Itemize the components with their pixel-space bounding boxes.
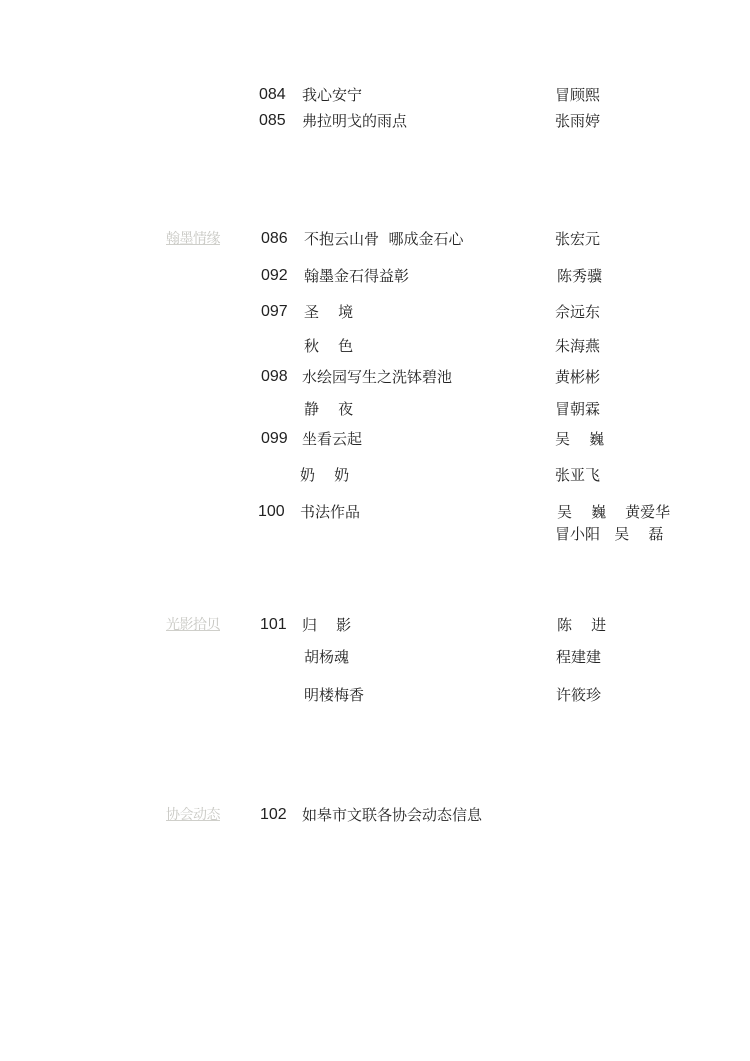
entry-author: 张亚飞 [555,464,600,486]
entry-author: 吴 巍 黄爱华 [557,501,670,523]
entry-number: 092 [261,265,293,287]
entry-number: 097 [261,301,293,323]
toc-entry: 098 水绘园写生之洗钵碧池 黄彬彬 [0,366,750,388]
entry-author: 张雨婷 [555,110,600,132]
entry-author: 许筱珍 [556,684,601,706]
entry-author: 冒朝霖 [555,398,600,420]
entry-title[interactable]: 静 夜 [304,398,353,420]
toc-entry: 084 我心安宁 冒顾熙 [0,84,750,106]
entry-title[interactable]: 弗拉明戈的雨点 [302,110,407,132]
entry-title[interactable]: 圣 境 [304,301,353,323]
toc-entry: 胡杨魂 程建建 [0,646,750,668]
toc-entry: 100 书法作品 吴 巍 黄爱华 [0,501,750,523]
entry-title[interactable]: 秋 色 [304,335,353,357]
toc-entry: 奶 奶 张亚飞 [0,464,750,486]
toc-entry: 097 圣 境 佘远东 [0,301,750,323]
entry-author-line2: 冒小阳 吴 磊 [555,523,663,545]
entry-author: 黄彬彬 [555,366,600,388]
entry-author: 程建建 [556,646,601,668]
entry-title[interactable]: 如皋市文联各协会动态信息 [302,804,482,826]
entry-title[interactable]: 我心安宁 [302,84,362,106]
toc-entry: 099 坐看云起 吴 巍 [0,428,750,450]
entry-number: 085 [259,110,291,132]
entry-number: 100 [258,501,290,523]
entry-author: 陈 进 [557,614,606,636]
entry-author: 佘远东 [555,301,600,323]
entry-author: 张宏元 [555,228,600,250]
entry-author: 冒顾熙 [555,84,600,106]
entry-number: 084 [259,84,291,106]
toc-entry: 秋 色 朱海燕 [0,335,750,357]
toc-entry: 静 夜 冒朝霖 [0,398,750,420]
toc-entry: 092 翰墨金石得益彰 陈秀骥 [0,265,750,287]
entry-title[interactable]: 归 影 [302,614,351,636]
toc-entry: 翰墨情缘 086 不抱云山骨 哪成金石心 张宏元 [0,228,750,250]
entry-title[interactable]: 坐看云起 [302,428,362,450]
toc-entry: 光影拾贝 101 归 影 陈 进 [0,614,750,636]
entry-title[interactable]: 胡杨魂 [304,646,349,668]
entry-number: 098 [261,366,293,388]
toc-entry: 明楼梅香 许筱珍 [0,684,750,706]
entry-author: 陈秀骥 [557,265,602,287]
entry-author: 吴 巍 [555,428,604,450]
entry-number: 101 [260,614,292,636]
toc-entry: 085 弗拉明戈的雨点 张雨婷 [0,110,750,132]
toc-entry: 协会动态 102 如皋市文联各协会动态信息 [0,804,750,826]
entry-title[interactable]: 书法作品 [300,501,360,523]
entry-title[interactable]: 明楼梅香 [304,684,364,706]
entry-title[interactable]: 翰墨金石得益彰 [304,265,409,287]
section-label-guangying[interactable]: 光影拾贝 [166,614,220,636]
section-label-hanmo[interactable]: 翰墨情缘 [166,228,220,250]
entry-author: 朱海燕 [555,335,600,357]
entry-number: 099 [261,428,293,450]
section-label-xiehui[interactable]: 协会动态 [166,804,220,826]
entry-number: 086 [261,228,293,250]
entry-title[interactable]: 水绘园写生之洗钵碧池 [302,366,452,388]
entry-number: 102 [260,804,292,826]
entry-title[interactable]: 奶 奶 [300,464,349,486]
toc-entry-continuation: 冒小阳 吴 磊 [0,523,750,545]
entry-title[interactable]: 不抱云山骨 哪成金石心 [304,228,464,250]
